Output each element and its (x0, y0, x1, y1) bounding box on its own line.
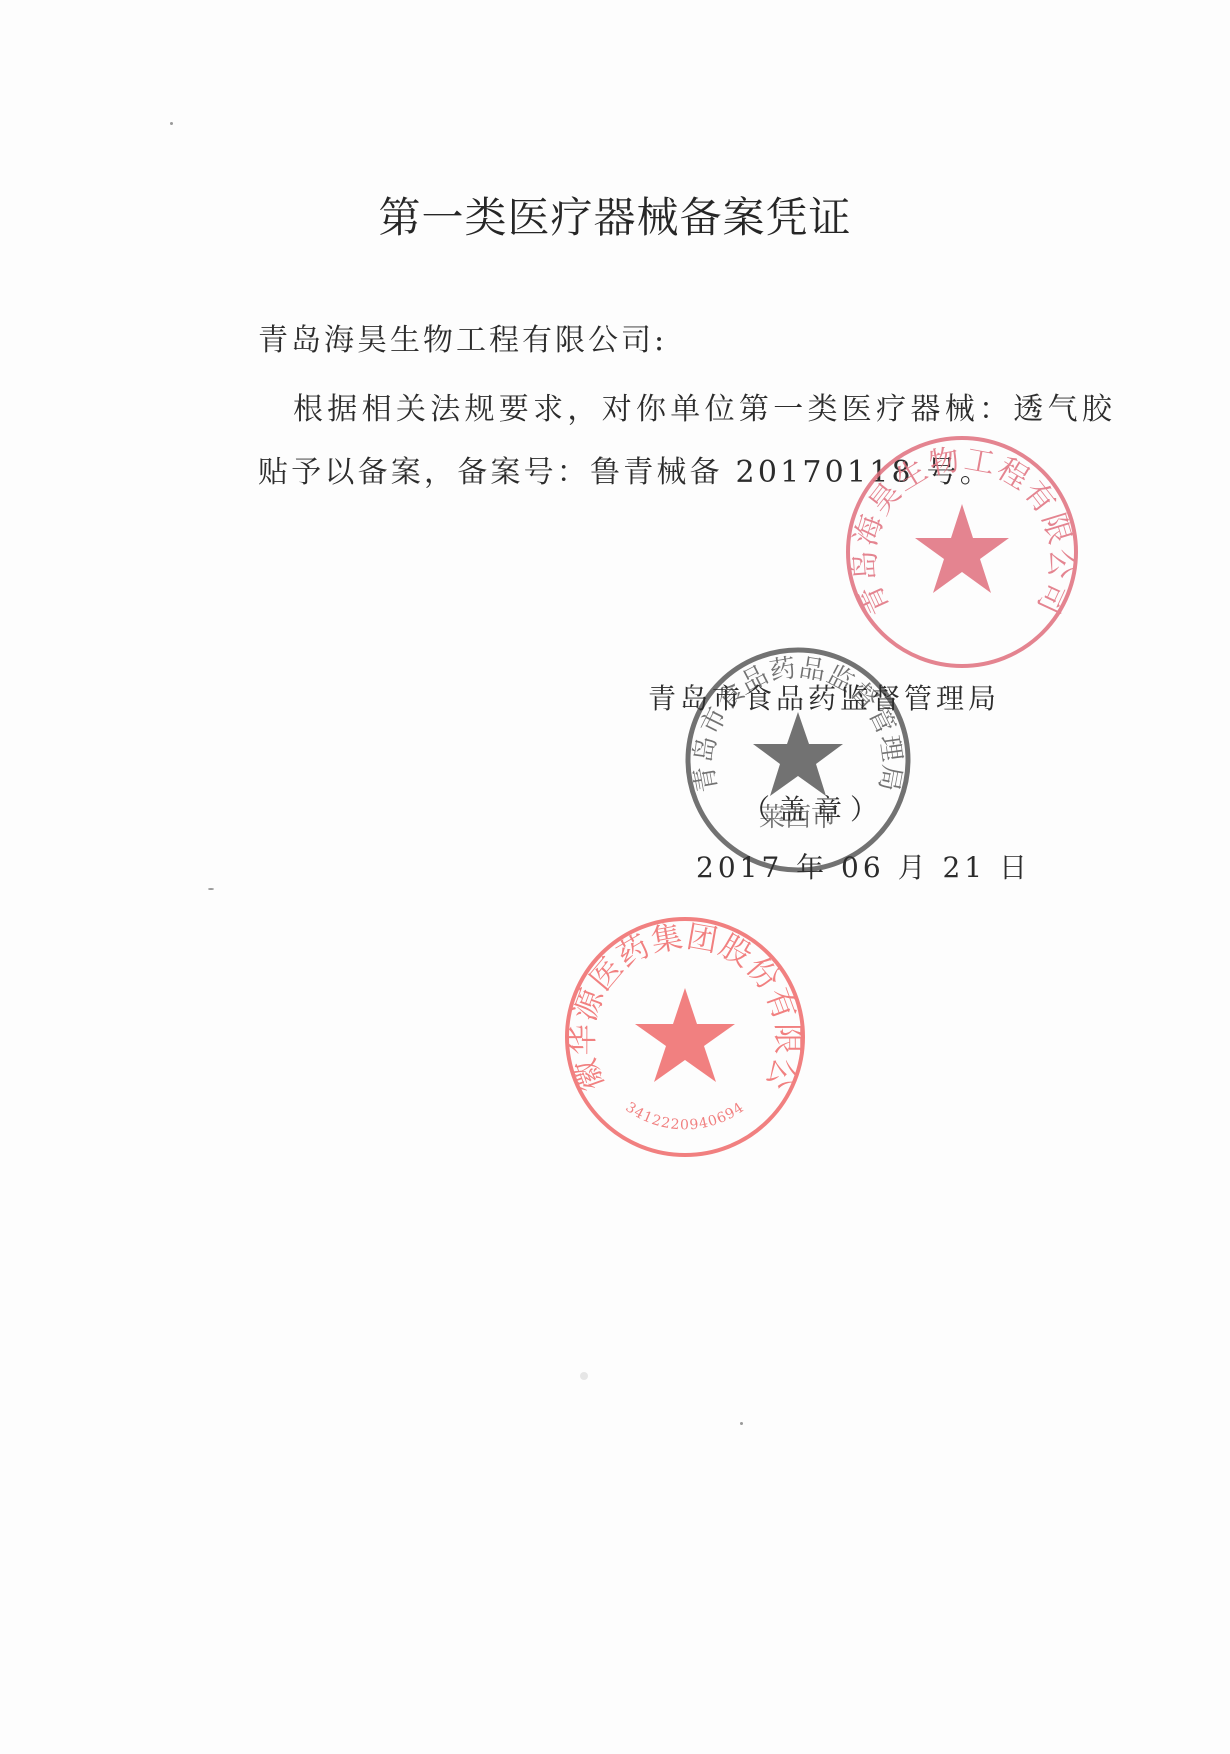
star-icon (753, 712, 843, 796)
star-icon (915, 504, 1009, 593)
issuing-authority: 青岛市食品药监督管理局 (648, 677, 1000, 717)
scan-speck (580, 1372, 588, 1380)
scan-speck (170, 122, 173, 125)
document-title: 第一类医疗器械备案凭证 (0, 185, 1230, 245)
seal-note: （盖章） (742, 788, 886, 828)
distributor-stamp-code: 3412220940694 (622, 1099, 747, 1133)
scan-speck (740, 1422, 743, 1425)
distributor-stamp: 安徽华源医药集团股份有限公司 3412220940694 (560, 912, 810, 1162)
issue-date: 2017 年 06 月 21 日 (696, 846, 1031, 886)
certificate-page: 第一类医疗器械备案凭证 青岛海昊生物工程有限公司: 根据相关法规要求，对你单位第… (0, 0, 1230, 1754)
scan-speck (208, 888, 214, 890)
addressee: 青岛海昊生物工程有限公司: (258, 315, 667, 359)
company-stamp: 青岛海昊生物工程有限公司 (842, 432, 1082, 672)
star-icon (635, 988, 735, 1082)
paragraph-line-1: 根据相关法规要求，对你单位第一类医疗器械：透气胶 (293, 384, 1116, 428)
agency-stamp: 青岛市食品药品监督管理局 莱西市 (678, 640, 918, 880)
svg-text:3412220940694: 3412220940694 (622, 1099, 747, 1133)
